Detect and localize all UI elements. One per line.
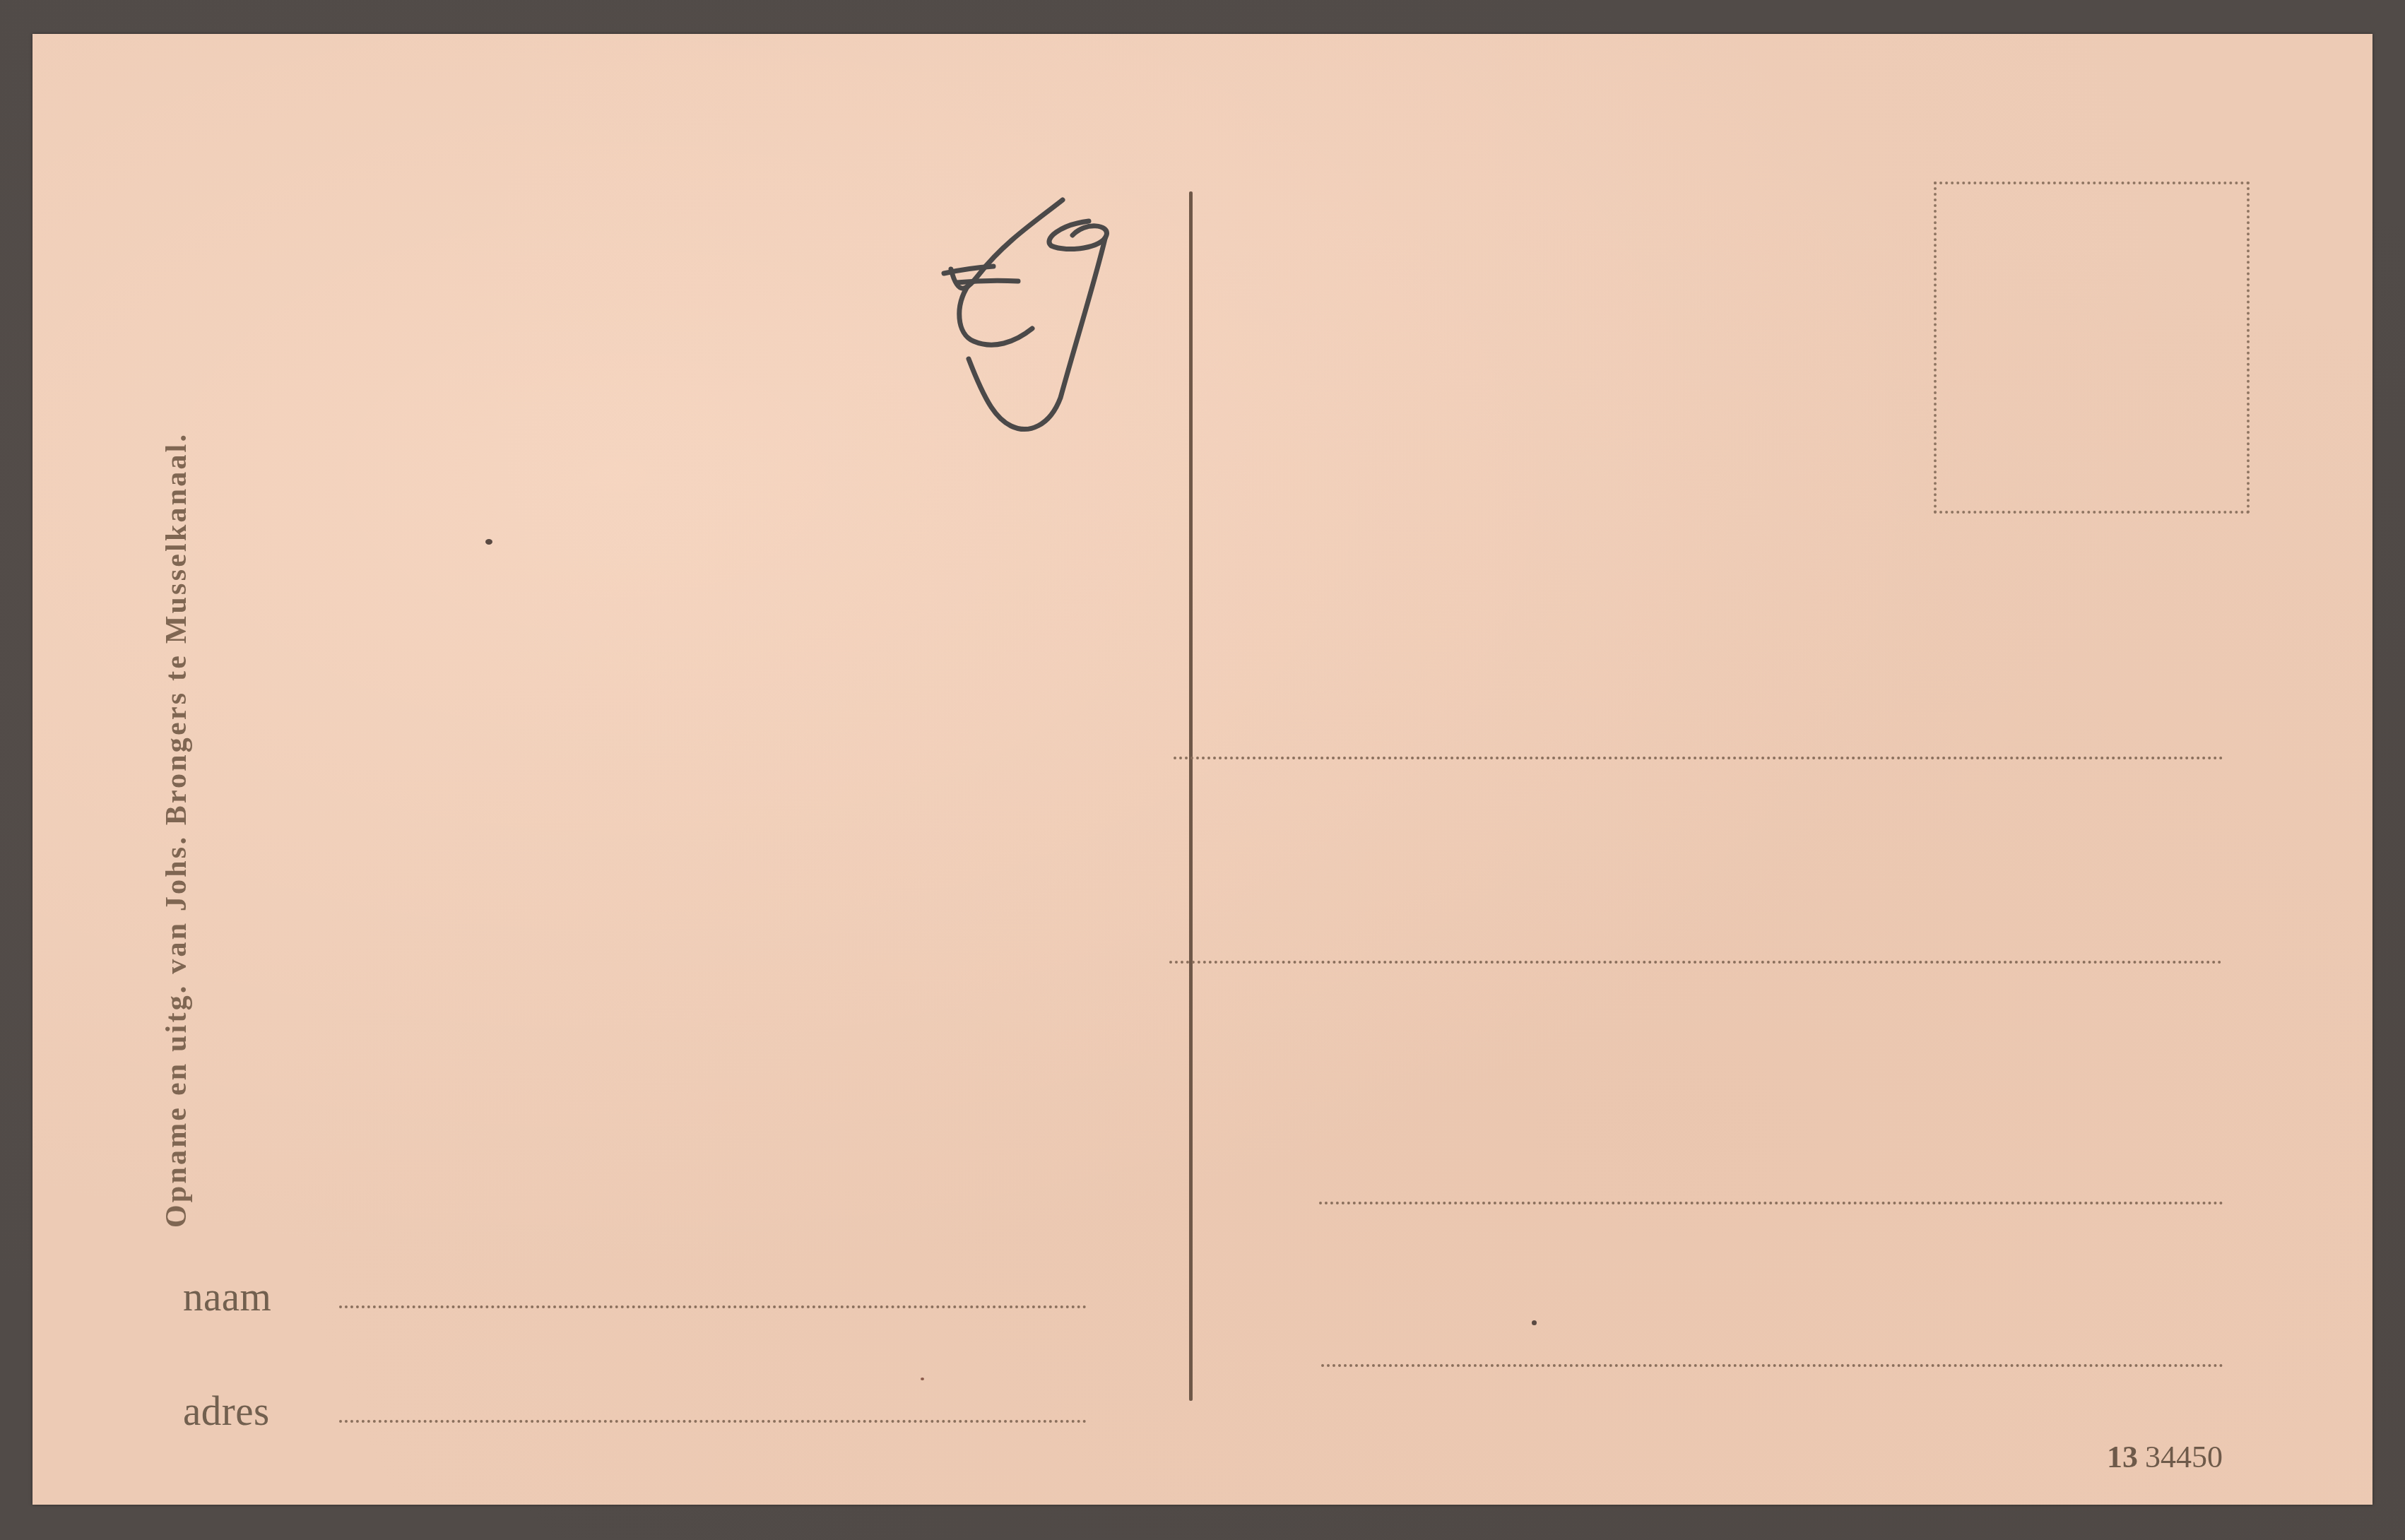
stamp-box [1934,182,2250,514]
paper-speck [1532,1320,1537,1325]
postcard-back: Opname en uitg. van Johs. Brongers te Mu… [32,34,2372,1505]
sender-name-label: naam [183,1275,271,1317]
address-line-4 [1321,1364,2223,1367]
address-line-1 [1174,757,2223,759]
sender-address-label: adres [183,1390,270,1432]
card-number: 1334450 [2107,1442,2223,1473]
paper-speck [921,1378,924,1380]
handwritten-price-mark [937,193,1121,447]
card-catalog-number: 34450 [2145,1440,2223,1474]
address-line-3 [1319,1202,2223,1204]
sender-name-line[interactable] [339,1305,1087,1308]
publisher-imprint: Opname en uitg. van Johs. Brongers te Mu… [161,432,192,1228]
message-address-divider [1189,191,1193,1401]
sender-address-line[interactable] [339,1420,1087,1423]
paper-speck [485,539,492,545]
address-line-2 [1169,961,2222,964]
card-series-number: 13 [2107,1440,2138,1474]
